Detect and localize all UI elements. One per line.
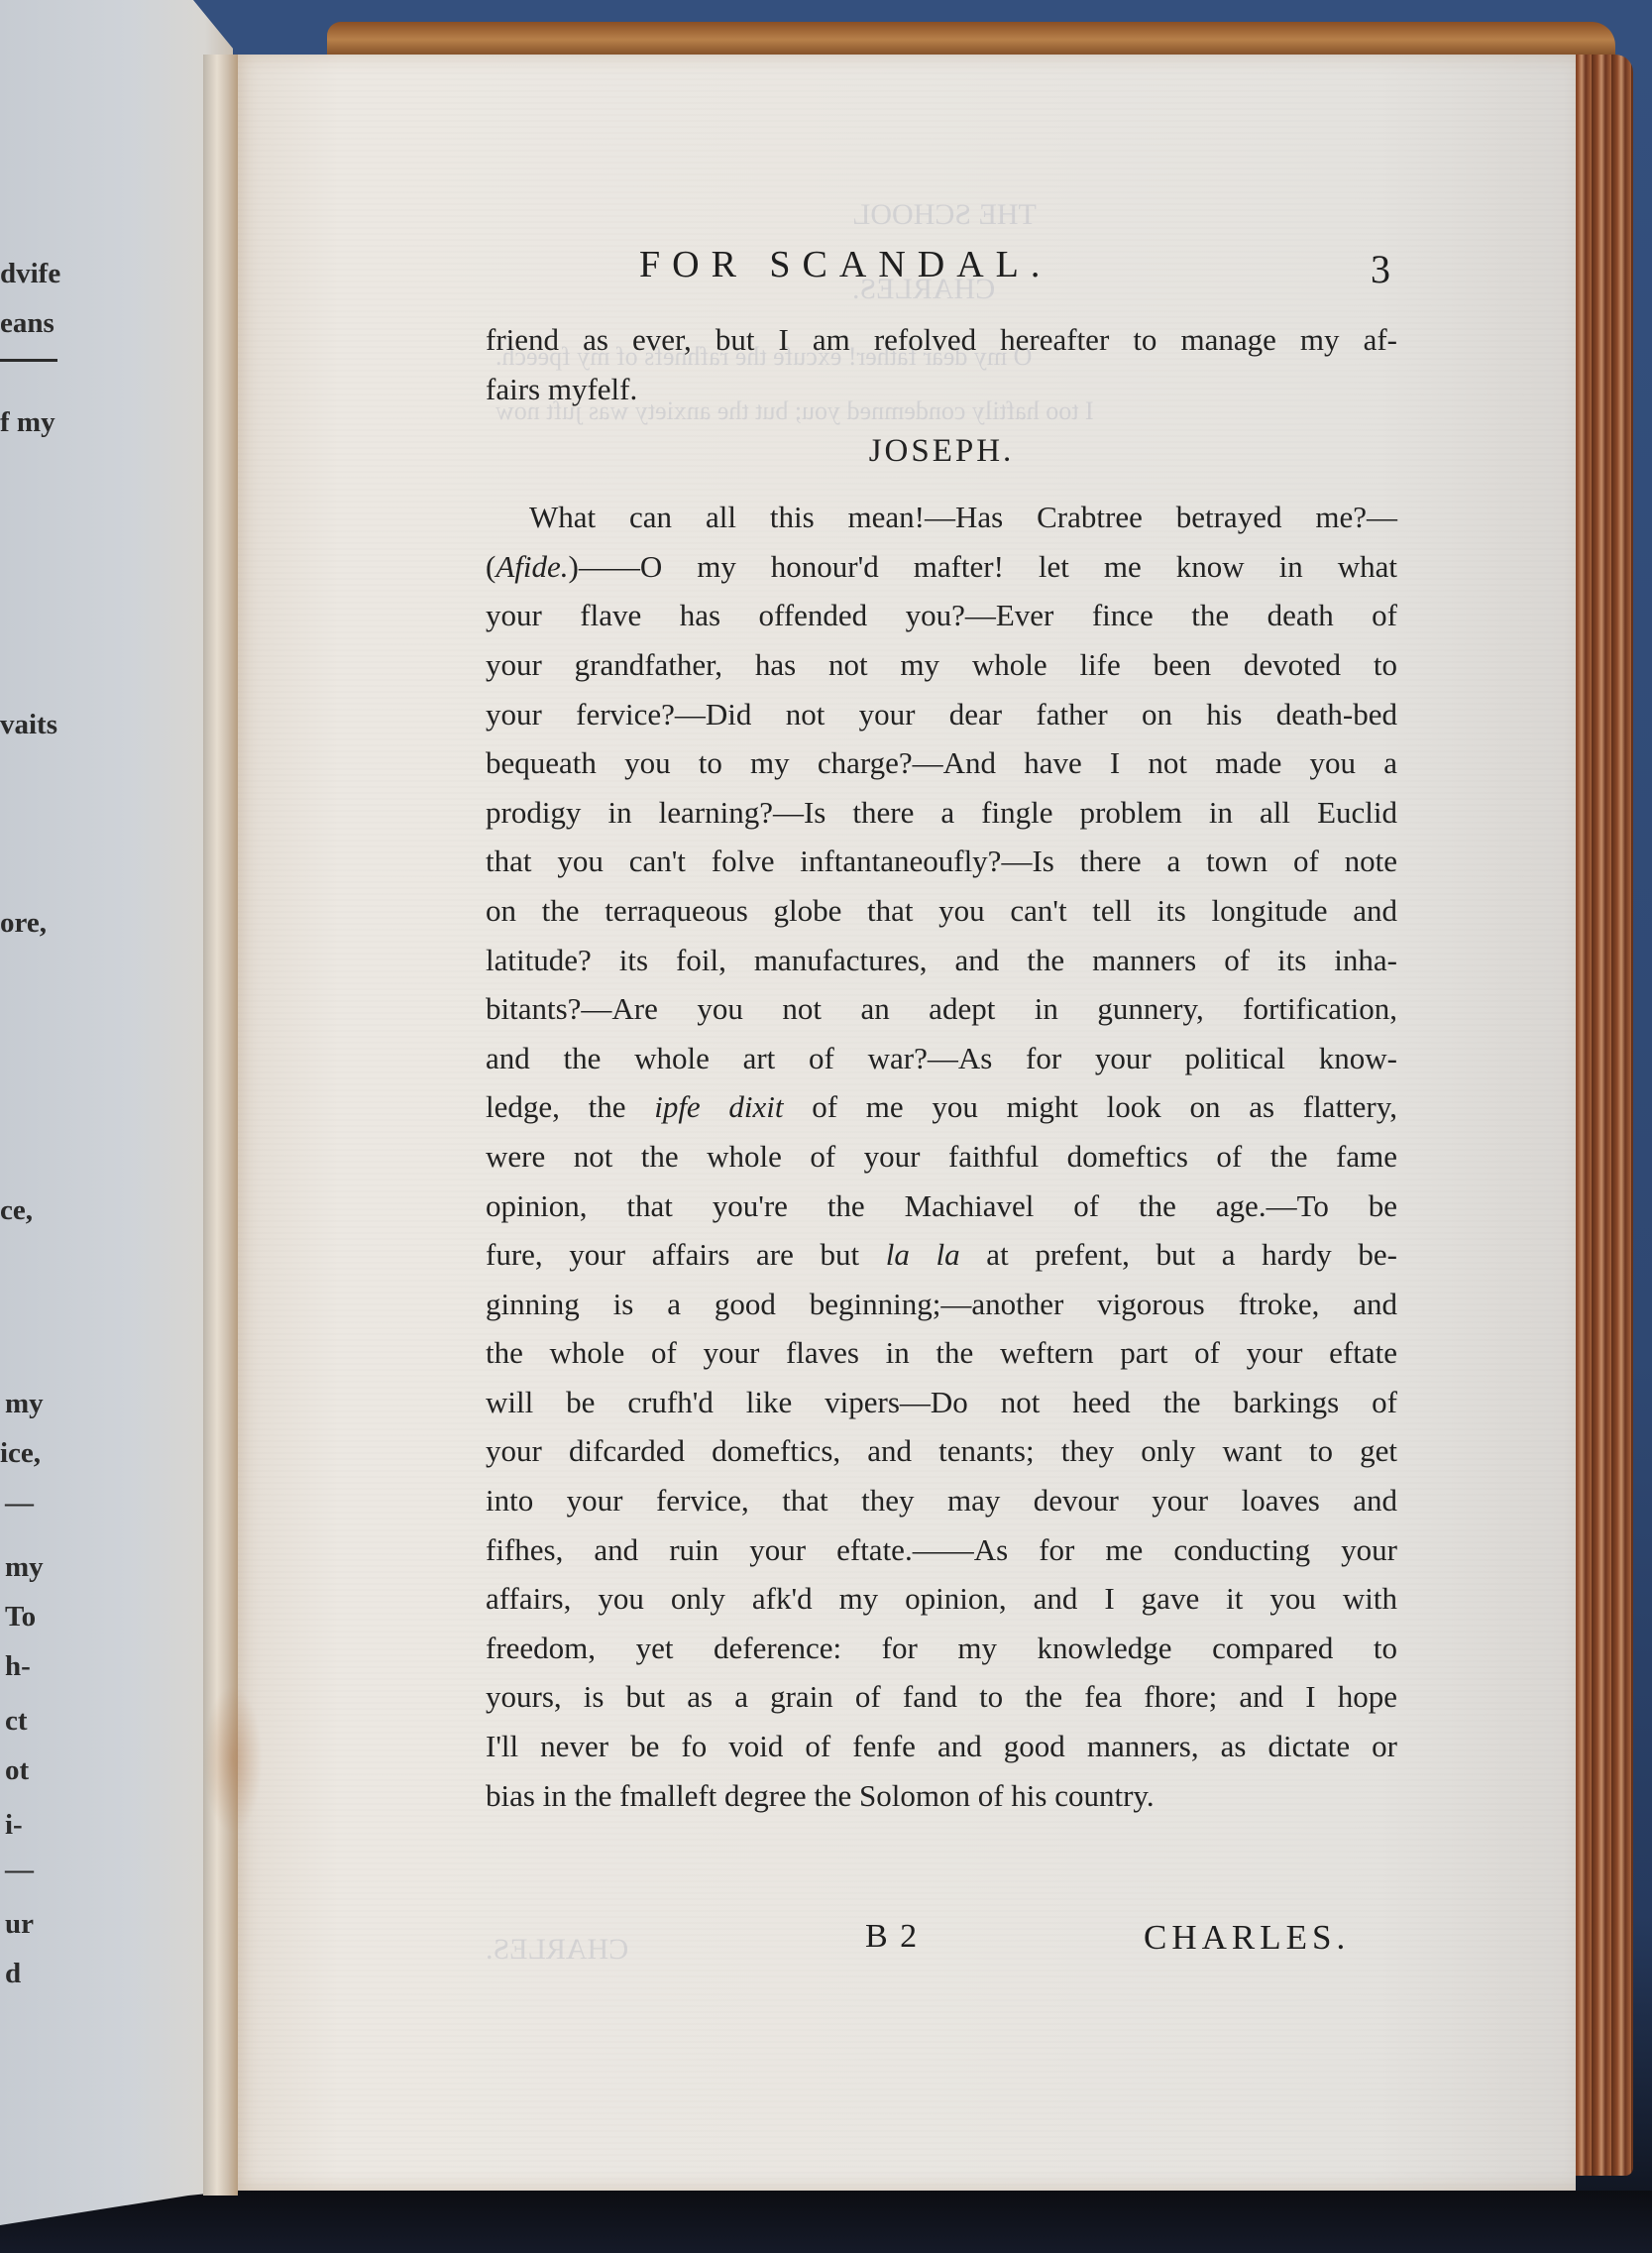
left-page-fragment: my [5,1388,44,1420]
left-page-fragment: — [5,1487,34,1520]
cover-fore-edge [1572,55,1633,2176]
text-line: will be crufh'd like vipers—Do not heed … [486,1378,1397,1427]
left-page-fragment: vaits [0,709,57,741]
italic-text: ipfe dixit [654,1089,783,1124]
running-head: FOR SCANDAL. [639,243,1051,286]
text-line: friend as ever, but I am refolved hereaf… [486,315,1397,365]
show-through-text: CHARLES. [486,1933,628,1967]
text-line: bitants?—Are you not an adept in gunnery… [486,984,1397,1034]
left-page-fragment: eans [0,307,55,340]
left-page-fragment: my [5,1551,44,1584]
left-page-fragment: — [5,1854,34,1886]
italic-text: la la [886,1237,960,1272]
text-line: opinion, that you're the Machiavel of th… [486,1182,1397,1231]
text-line: and the whole art of war?—As for your po… [486,1034,1397,1083]
left-page-fragment: ce, [0,1194,33,1227]
text-line: latitude? its foil, manufactures, and th… [486,936,1397,985]
text-line: freedom, yet deference: for my knowledge… [486,1624,1397,1673]
text-line: fairs myfelf. [486,365,1397,414]
text-line: prodigy in learning?—Is there a fingle p… [486,788,1397,838]
left-page-fragment: ct [5,1705,28,1738]
gutter [203,55,238,2196]
speech-body: What can all this mean!—Has Crabtree bet… [486,493,1397,1820]
text-line: (Afide.)——O my honour'd mafter! let me k… [486,542,1397,592]
left-page-fragment: dvife [0,258,60,290]
text-line: fifhes, and ruin your eftate.——As for me… [486,1525,1397,1575]
text-line: ledge, the ipfe dixit of me you might lo… [486,1082,1397,1132]
left-page-fragment: ot [5,1754,29,1787]
text-line: yours, is but as a grain of fand to the … [486,1672,1397,1722]
text-line: your flave has offended you?—Ever fince … [486,591,1397,640]
text-block: friend as ever, but I am refolved hereaf… [486,315,1397,1820]
text-line: ginning is a good beginning;—another vig… [486,1280,1397,1329]
text-line: I'll never be fo void of fenfe and good … [486,1722,1397,1771]
speaker-name: JOSEPH. [486,419,1397,483]
signature-mark: B 2 [865,1918,919,1956]
text-line: into your fervice, that they may devour … [486,1476,1397,1525]
text-line: affairs, you only afk'd my opinion, and … [486,1574,1397,1624]
text-line: fure, your affairs are but la la at pref… [486,1230,1397,1280]
text-line: What can all this mean!—Has Crabtree bet… [486,493,1397,542]
text-line: bequeath you to my charge?—And have I no… [486,738,1397,788]
text-line: that you can't folve inftantaneoufly?—Is… [486,837,1397,886]
left-page-fragment: ice, [0,1437,41,1470]
left-page-fragment: h- [5,1650,31,1683]
left-page-rule [0,359,57,362]
text-line: bias in the fmalleft degree the Solomon … [486,1771,1397,1821]
text-line: were not the whole of your faithful dome… [486,1132,1397,1182]
bottom-shadow [0,2191,1652,2253]
italic-text: Afide. [496,549,568,584]
catchword: CHARLES. [1144,1918,1350,1958]
left-page-fragment: ur [5,1908,34,1941]
left-page-fragment: f my [0,406,55,439]
left-page-fragment: To [5,1601,36,1633]
text-line: your fervice?—Did not your dear father o… [486,690,1397,739]
text-line: the whole of your flaves in the weftern … [486,1328,1397,1378]
left-page-fragment: i- [5,1809,23,1842]
text-line: your difcarded domeftics, and tenants; t… [486,1426,1397,1476]
text-line: your grandfather, has not my whole life … [486,640,1397,690]
left-page-fragment: ore, [0,907,47,940]
show-through-text: THE SCHOOL [852,198,1037,232]
text-line: on the terraqueous globe that you can't … [486,886,1397,936]
foxing-stain [203,1685,263,1834]
left-page-fragment: d [5,1958,21,1990]
page-number: 3 [1371,246,1390,292]
